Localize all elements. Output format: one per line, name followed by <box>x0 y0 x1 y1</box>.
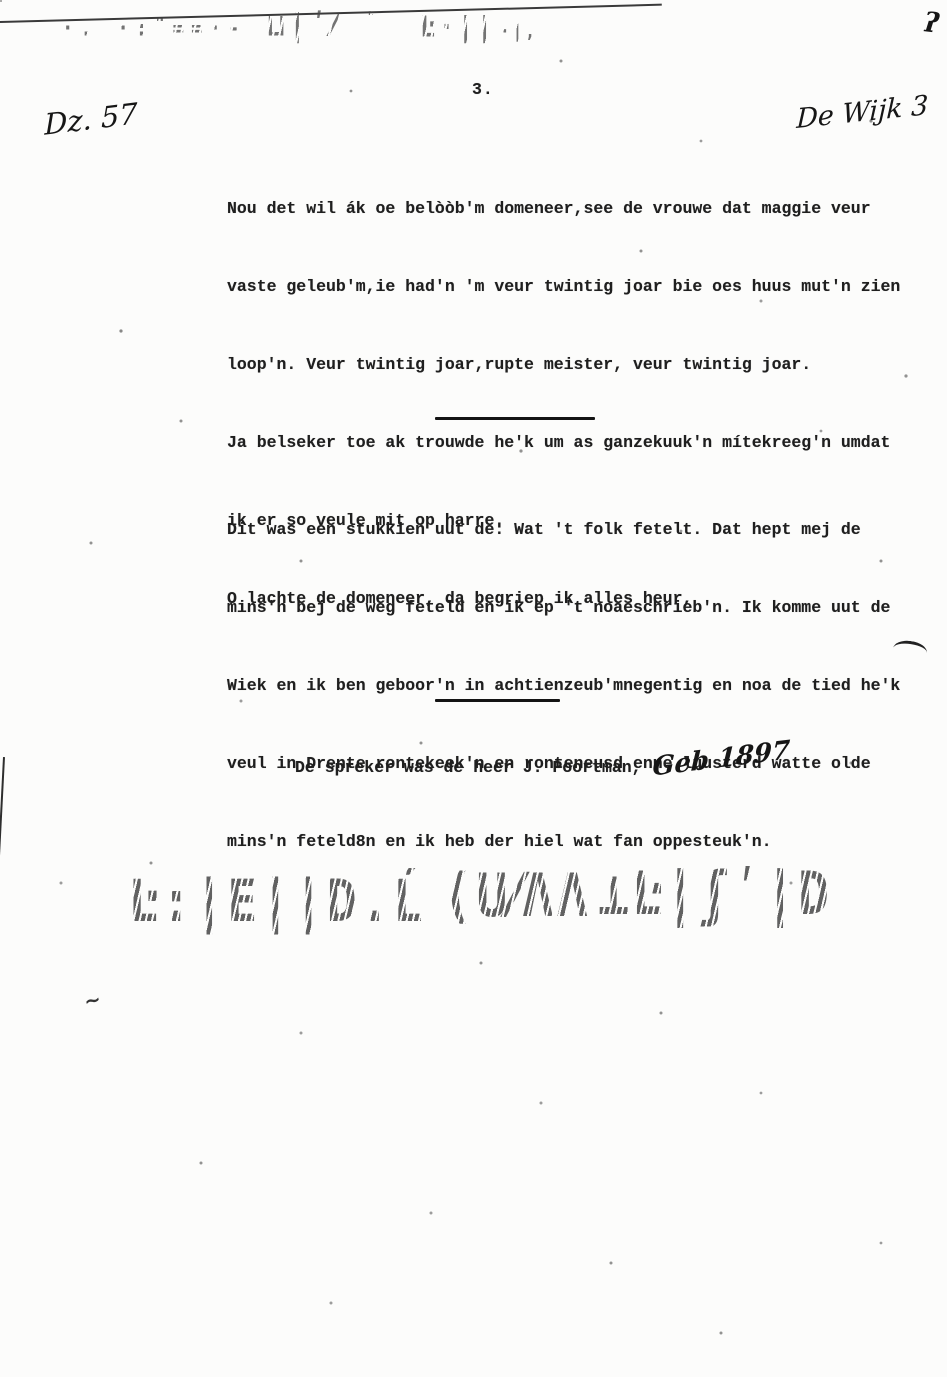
paper-dust-specks <box>0 0 2 2</box>
separator-rule-1 <box>435 417 595 420</box>
scanned-document-page: ·. ·:¨==·- ⊔|ʹ⁄ ˙ Ŀ·|| ·|‚ ʔ 3. Dz. 57 D… <box>0 0 947 1377</box>
text-line: Dit was een stukkien uut de: Wat 't folk… <box>227 510 900 550</box>
bleedthrough-top-marks-4: ·|‚ <box>500 20 538 42</box>
separator-rule-2 <box>435 699 560 702</box>
bleedthrough-stencil-group-3: ⊥Ŀ|ʃʹ|D <box>598 860 831 929</box>
text-line: mins'n feteld8n en ik heb der hiel wat f… <box>227 822 900 862</box>
fold-crease-line <box>0 757 5 1376</box>
page-number: 3. <box>472 80 494 99</box>
closing-line: De spreker was de heer J. Poortman, <box>295 758 642 777</box>
bleedthrough-stencil-group-1: Ŀ:|E||D.Ĺ <box>128 868 426 935</box>
bleedthrough-top-marks-1: ·. ·:¨==·- <box>62 16 246 41</box>
bleedthrough-top-marks-3: Ŀ·|| <box>420 10 496 43</box>
text-line: loop'n. Veur twintig joar,rupte meister,… <box>227 345 900 385</box>
text-line: Nou det wil ák oe belòòb'm domeneer,see … <box>227 189 900 229</box>
text-line: Ja belseker toe ak trouwde he'k um as ga… <box>227 423 900 463</box>
archive-number-annotation: Dz. 57 <box>44 96 138 142</box>
location-annotation: De Wijk 3 <box>796 90 929 135</box>
text-line: Wiek en ik ben geboor'n in achtienzeub'm… <box>227 666 900 706</box>
text-line: vaste geleub'm,ie had'n 'm veur twintig … <box>227 267 900 307</box>
corner-pen-mark: ʔ <box>922 7 940 39</box>
bleedthrough-top-marks-2: ⊔|ʹ⁄ ˙ <box>268 8 384 44</box>
typed-paragraph-2: Dit was een stukkien uut de: Wat 't folk… <box>227 472 900 900</box>
text-line: mins'n bej de weg feteld en ik ep 't noa… <box>227 588 900 628</box>
pen-squiggle: ~ <box>82 987 103 1014</box>
bleedthrough-stencil-group-2: (U⁄ΛΛ <box>442 862 591 931</box>
